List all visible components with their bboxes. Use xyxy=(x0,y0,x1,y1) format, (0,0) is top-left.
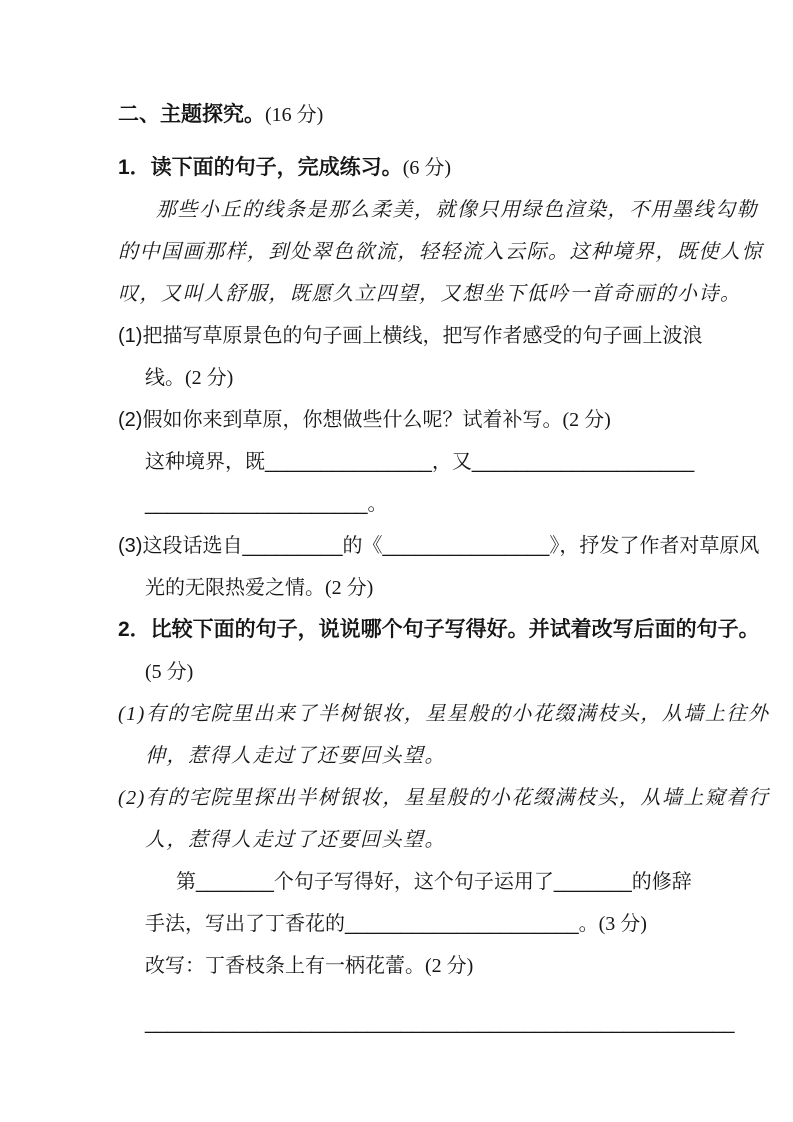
q2-fill-line-1: 第_______个句子写得好，这个句子运用了_______的修辞 xyxy=(118,861,753,903)
q1-sub1-line-1: (1)把描写草原景色的句子画上横线，把写作者感受的句子画上波浪 xyxy=(118,315,753,357)
section-heading-text: 二、主题探究。 xyxy=(118,103,265,126)
q1-sub2-line-text: (2)假如你来到草原，你想做些什么呢？试着补写。 xyxy=(118,409,562,431)
q2-fill-line-2-text: 手法，写出了丁香花的_____________________。 xyxy=(145,913,599,935)
q1-passage-line-3: 叹，又叫人舒服，既愿久立四望，又想坐下低吟一首奇丽的小诗。 xyxy=(118,273,753,315)
q2-fill-score: (3 分) xyxy=(599,913,647,935)
q2-prompt: 2．比较下面的句子，说说哪个句子写得好。并试着改写后面的句子。 xyxy=(118,609,753,651)
section-score: (16 分) xyxy=(265,104,323,126)
q1-passage-line-2: 的中国画那样，到处翠色欲流，轻轻流入云际。这种境界，既使人惊 xyxy=(118,231,753,273)
q2-answer-blank-line: ________________________________________… xyxy=(118,1002,753,1044)
q2-sentence2-line-1: (2)有的宅院里探出半树银妆，星星般的小花缀满枝头，从墙上窥着行 xyxy=(118,777,753,819)
q1-sub2-score: (2 分) xyxy=(562,409,610,431)
q2-sentence2-line-2: 人，惹得人走过了还要回头望。 xyxy=(118,819,753,861)
exam-content: 二、主题探究。(16 分) 1．读下面的句子，完成练习。(6 分) 那些小丘的线… xyxy=(0,0,793,1044)
q2-rewrite-score: (2 分) xyxy=(425,955,473,977)
q1-sub2-answer-line-2: ____________________。 xyxy=(118,483,753,525)
q1-passage-line-1: 那些小丘的线条是那么柔美，就像只用绿色渲染，不用墨线勾勒 xyxy=(118,189,753,231)
section-heading: 二、主题探究。(16 分) xyxy=(118,94,753,136)
q1-sub1-line-2: 线。(2 分) xyxy=(118,357,753,399)
q1-prompt-score: (6 分) xyxy=(403,157,451,179)
q2-prompt-score-line: (5 分) xyxy=(118,651,753,693)
exam-page: 二、主题探究。(16 分) 1．读下面的句子，完成练习。(6 分) 那些小丘的线… xyxy=(0,0,793,1122)
q1-sub3-line-1: (3)这段话选自_________的《_______________》，抒发了作… xyxy=(118,525,753,567)
q2-rewrite-line: 改写：丁香枝条上有一柄花蕾。(2 分) xyxy=(118,945,753,987)
q2-sentence1-line-2: 伸，惹得人走过了还要回头望。 xyxy=(118,735,753,777)
q1-sub2-line: (2)假如你来到草原，你想做些什么呢？试着补写。(2 分) xyxy=(118,399,753,441)
q1-prompt-text: 1．读下面的句子，完成练习。 xyxy=(118,156,403,179)
q1-sub3-score: (2 分) xyxy=(325,577,373,599)
q2-sentence1-line-1: (1)有的宅院里出来了半树银妆，星星般的小花缀满枝头，从墙上往外 xyxy=(118,693,753,735)
q1-sub3-line-2-text: 光的无限热爱之情。 xyxy=(145,577,325,599)
q1-prompt: 1．读下面的句子，完成练习。(6 分) xyxy=(118,147,753,189)
q1-sub3-line-2: 光的无限热爱之情。(2 分) xyxy=(118,567,753,609)
q1-sub2-answer-line-1: 这种境界，既_______________，又_________________… xyxy=(118,441,753,483)
q1-sub1-score: (2 分) xyxy=(185,367,233,389)
q2-prompt-score: (5 分) xyxy=(145,661,193,683)
q2-rewrite-line-text: 改写：丁香枝条上有一柄花蕾。 xyxy=(145,955,425,977)
q1-sub1-line-2-text: 线。 xyxy=(145,367,185,389)
q2-fill-line-2: 手法，写出了丁香花的_____________________。(3 分) xyxy=(118,903,753,945)
